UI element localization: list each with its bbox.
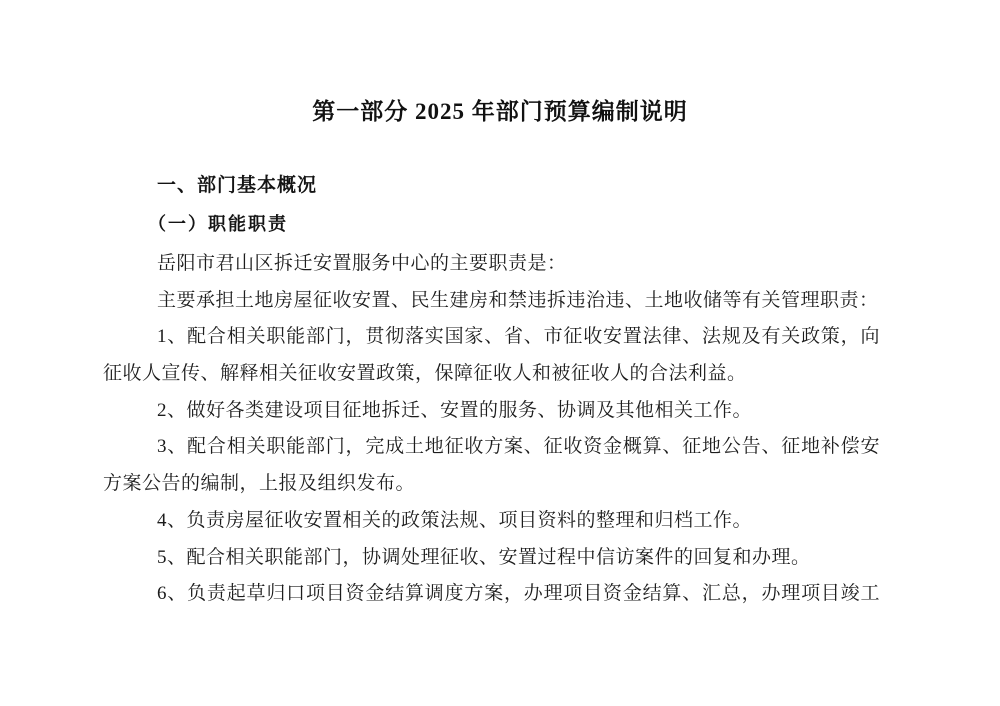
paragraph-line: 3、配合相关职能部门，完成土地征收方案、征收资金概算、征地公告、征地补偿安置	[103, 429, 880, 466]
paragraph-line: 岳阳市君山区拆迁安置服务中心的主要职责是：	[103, 246, 880, 283]
document-body: 岳阳市君山区拆迁安置服务中心的主要职责是： 主要承担土地房屋征收安置、民生建房和…	[103, 246, 880, 613]
paragraph-line: 主要承担土地房屋征收安置、民生建房和禁违拆违治违、土地收储等有关管理职责：	[103, 283, 880, 320]
document-title: 第一部分 2025 年部门预算编制说明	[0, 96, 1000, 128]
paragraph-line: 方案公告的编制，上报及组织发布。	[103, 466, 880, 503]
subsection-heading: （一）职能职责	[148, 210, 288, 238]
paragraph-line: 6、负责起草归口项目资金结算调度方案，办理项目资金结算、汇总，办理项目竣工结	[103, 576, 880, 613]
paragraph-line: 2、做好各类建设项目征地拆迁、安置的服务、协调及其他相关工作。	[103, 393, 880, 430]
section-heading: 一、部门基本概况	[157, 172, 317, 200]
document-page: 第一部分 2025 年部门预算编制说明 一、部门基本概况 （一）职能职责 岳阳市…	[0, 0, 1000, 706]
paragraph-line: 4、负责房屋征收安置相关的政策法规、项目资料的整理和归档工作。	[103, 503, 880, 540]
paragraph-line: 5、配合相关职能部门，协调处理征收、安置过程中信访案件的回复和办理。	[103, 540, 880, 577]
paragraph-line: 征收人宣传、解释相关征收安置政策，保障征收人和被征收人的合法利益。	[103, 356, 880, 393]
paragraph-line: 1、配合相关职能部门，贯彻落实国家、省、市征收安置法律、法规及有关政策，向被	[103, 319, 880, 356]
